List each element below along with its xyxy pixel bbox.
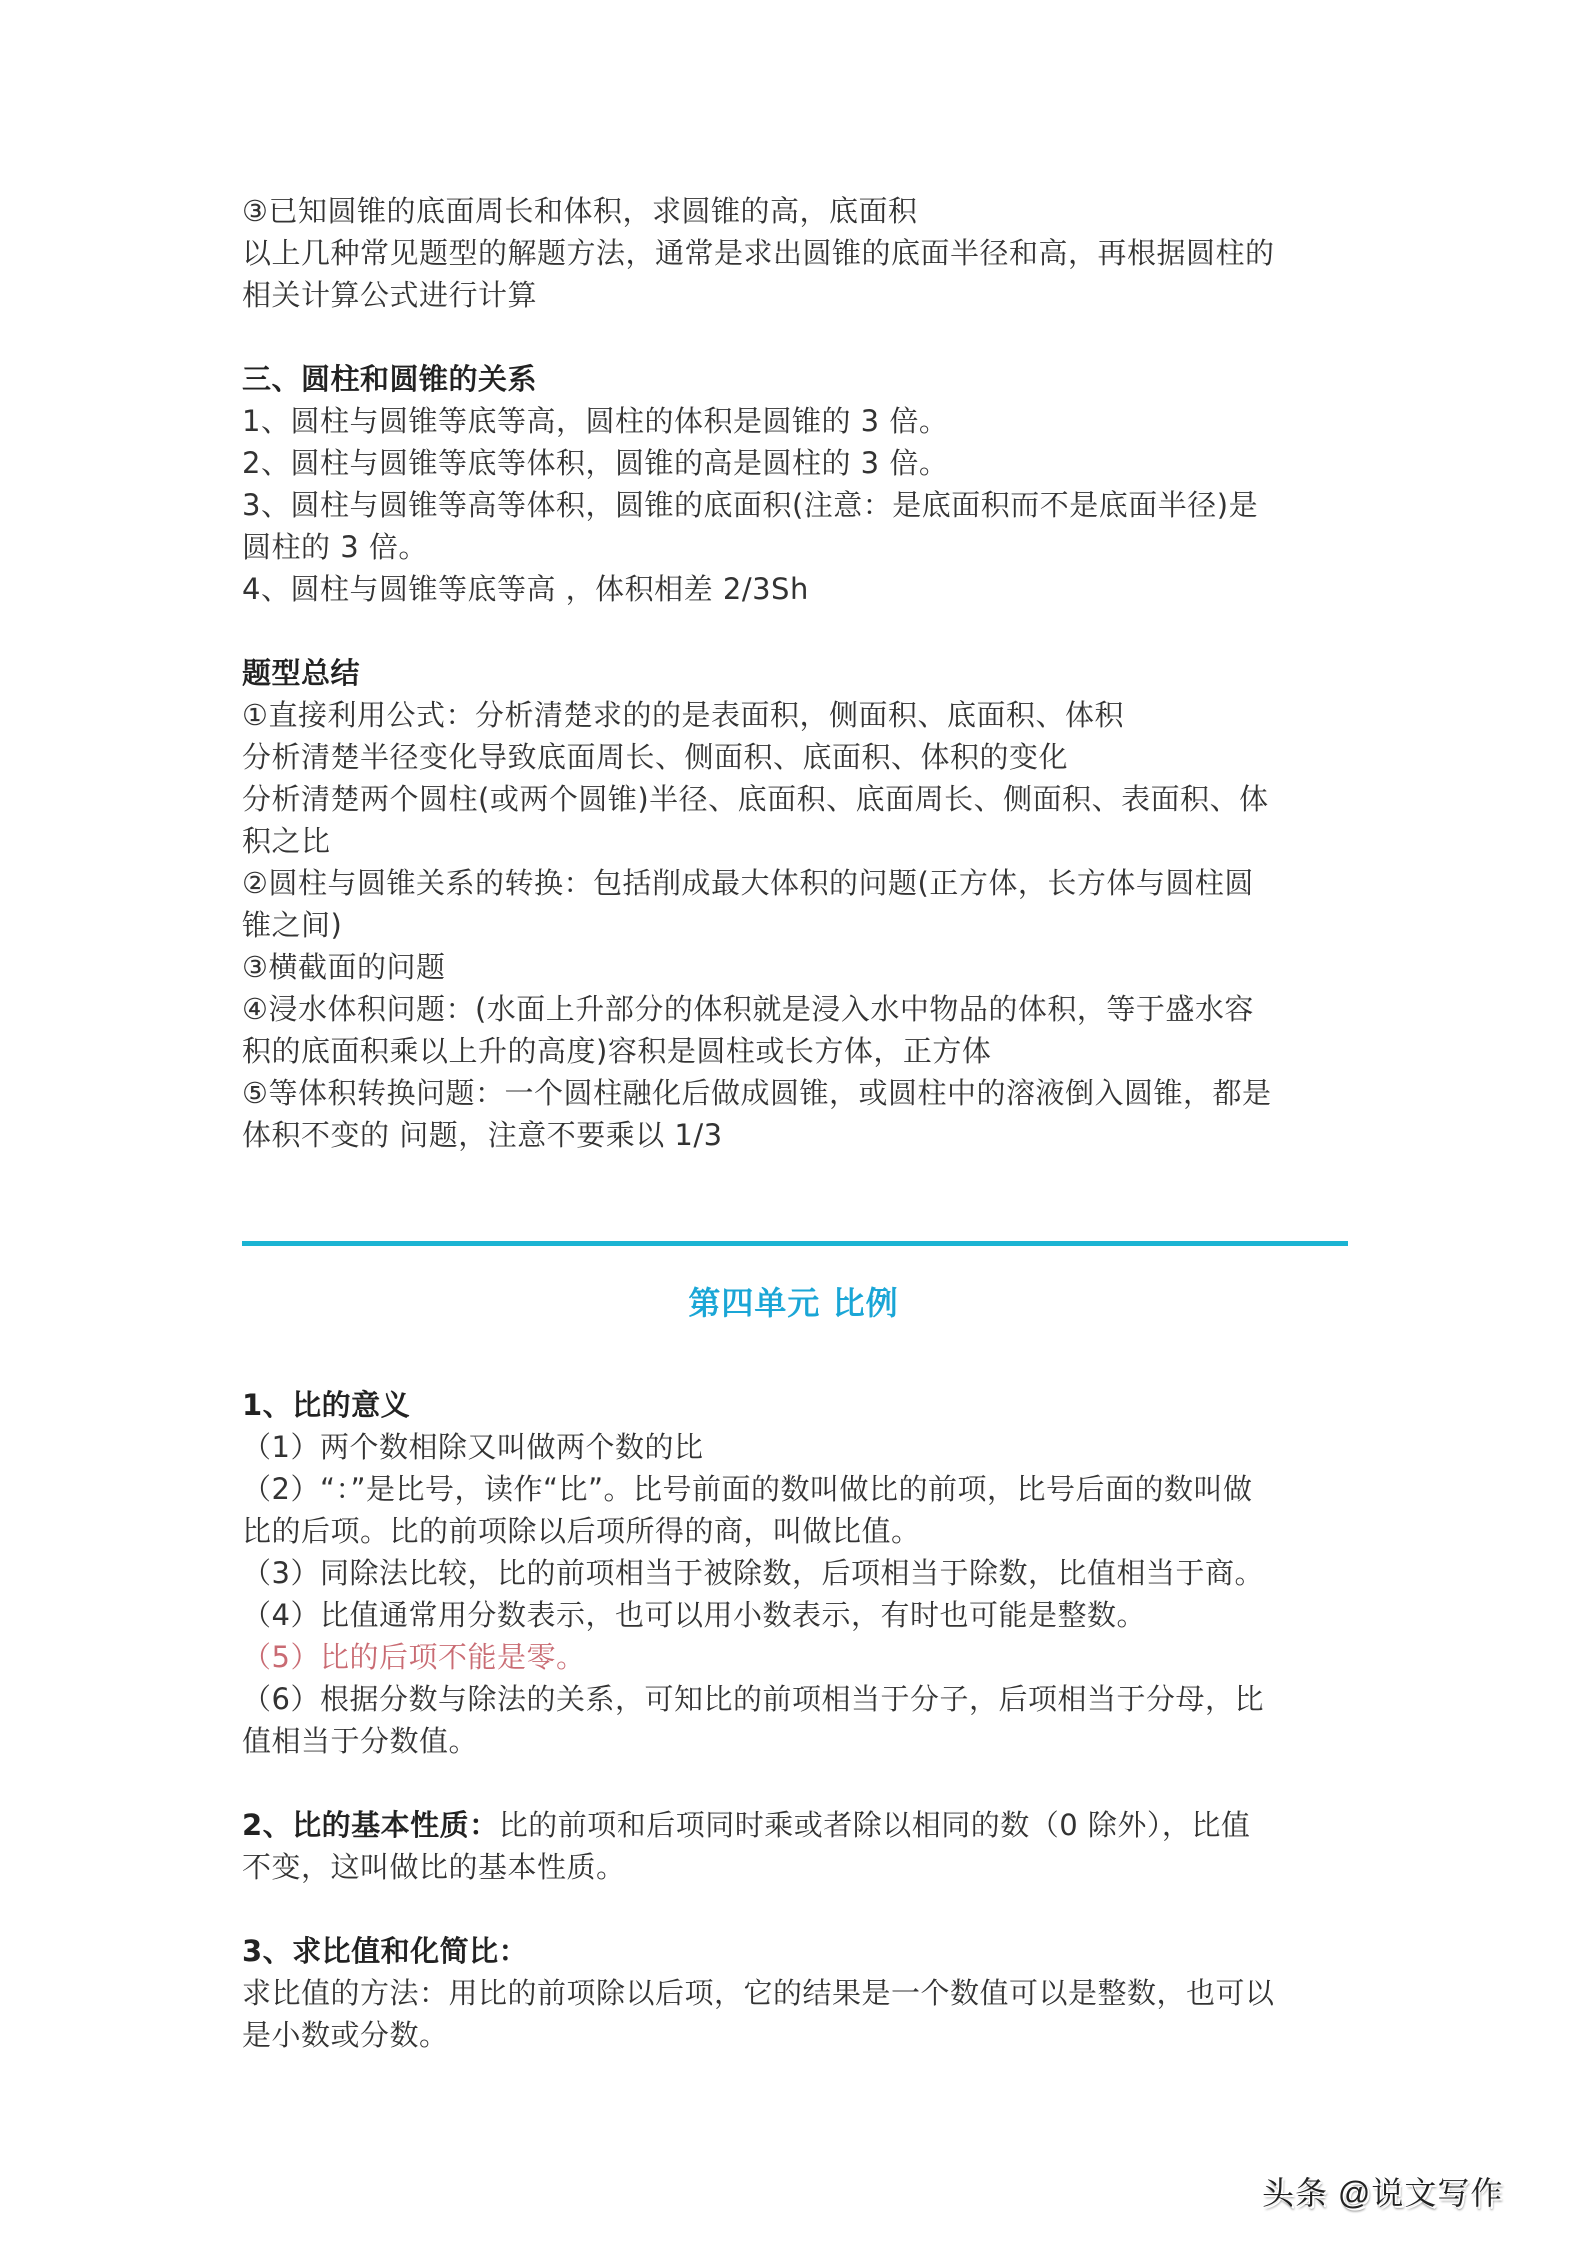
text-line: 积的底面积乘以上升的高度)容积是圆柱或长方体，正方体 [242, 1030, 1352, 1072]
watermark: 头条 @说文写作 [1262, 2168, 1503, 2214]
spacer [242, 1888, 1352, 1930]
text-line: 分析清楚半径变化导致底面周长、侧面积、底面积、体积的变化 [242, 736, 1352, 778]
property-line: 2、比的基本性质：比的前项和后项同时乘或者除以相同的数（0 除外），比值 [242, 1804, 1352, 1846]
text-line: （2）“：”是比号，读作“比”。比号前面的数叫做比的前项，比号后面的数叫做 [242, 1468, 1352, 1510]
text-line: （4）比值通常用分数表示，也可以用小数表示，有时也可能是整数。 [242, 1594, 1352, 1636]
ratio-section: 1、比的意义 （1）两个数相除又叫做两个数的比 （2）“：”是比号，读作“比”。… [242, 1384, 1352, 2056]
section-divider [242, 1241, 1348, 1246]
text-line: 3、圆柱与圆锥等高等体积，圆锥的底面积(注意：是底面积而不是底面半径)是 [242, 484, 1352, 526]
spacer [242, 1762, 1352, 1804]
text-line: 1、圆柱与圆锥等底等高，圆柱的体积是圆锥的 3 倍。 [242, 400, 1352, 442]
text-line: 求比值的方法：用比的前项除以后项，它的结果是一个数值可以是整数，也可以 [242, 1972, 1352, 2014]
text-line: ③横截面的问题 [242, 946, 1352, 988]
text-line: ⑤等体积转换问题：一个圆柱融化后做成圆锥，或圆柱中的溶液倒入圆锥，都是 [242, 1072, 1352, 1114]
text-line: 2、圆柱与圆锥等底等体积，圆锥的高是圆柱的 3 倍。 [242, 442, 1352, 484]
text-line: 是小数或分数。 [242, 2014, 1352, 2056]
property-text: 比的前项和后项同时乘或者除以相同的数（0 除外），比值 [499, 1808, 1251, 1842]
text-line: 比的后项。比的前项除以后项所得的商，叫做比值。 [242, 1510, 1352, 1552]
text-line: ②圆柱与圆锥关系的转换：包括削成最大体积的问题(正方体，长方体与圆柱圆 [242, 862, 1352, 904]
text-line: 分析清楚两个圆柱(或两个圆锥)半径、底面积、底面周长、侧面积、表面积、体 [242, 778, 1352, 820]
text-line: ③已知圆锥的底面周长和体积，求圆锥的高，底面积 [242, 190, 1352, 232]
text-line: （1）两个数相除又叫做两个数的比 [242, 1426, 1352, 1468]
section-heading-summary: 题型总结 [242, 652, 1352, 694]
text-line: 相关计算公式进行计算 [242, 274, 1352, 316]
unit-title: 第四单元 比例 [0, 1278, 1587, 1324]
spacer [242, 610, 1352, 652]
property-label: 2、比的基本性质： [242, 1808, 499, 1842]
text-line: 圆柱的 3 倍。 [242, 526, 1352, 568]
section-heading-relation: 三、圆柱和圆锥的关系 [242, 358, 1352, 400]
section-heading-simplify: 3、求比值和化简比： [242, 1930, 1352, 1972]
text-line: （6）根据分数与除法的关系，可知比的前项相当于分子，后项相当于分母，比 [242, 1678, 1352, 1720]
highlight-line: （5）比的后项不能是零。 [242, 1636, 1352, 1678]
text-line: 值相当于分数值。 [242, 1720, 1352, 1762]
text-line: 积之比 [242, 820, 1352, 862]
text-line: ④浸水体积问题：(水面上升部分的体积就是浸入水中物品的体积，等于盛水容 [242, 988, 1352, 1030]
text-line: 不变，这叫做比的基本性质。 [242, 1846, 1352, 1888]
text-line: ①直接利用公式：分析清楚求的的是表面积，侧面积、底面积、体积 [242, 694, 1352, 736]
spacer [242, 316, 1352, 358]
text-line: 锥之间) [242, 904, 1352, 946]
section-heading-meaning: 1、比的意义 [242, 1384, 1352, 1426]
cone-cylinder-section: ③已知圆锥的底面周长和体积，求圆锥的高，底面积 以上几种常见题型的解题方法，通常… [242, 190, 1352, 1156]
text-line: 4、圆柱与圆锥等底等高 ，体积相差 2/3Sh [242, 568, 1352, 610]
text-line: 以上几种常见题型的解题方法，通常是求出圆锥的底面半径和高，再根据圆柱的 [242, 232, 1352, 274]
text-line: 体积不变的 问题，注意不要乘以 1/3 [242, 1114, 1352, 1156]
text-line: （3）同除法比较，比的前项相当于被除数，后项相当于除数，比值相当于商。 [242, 1552, 1352, 1594]
